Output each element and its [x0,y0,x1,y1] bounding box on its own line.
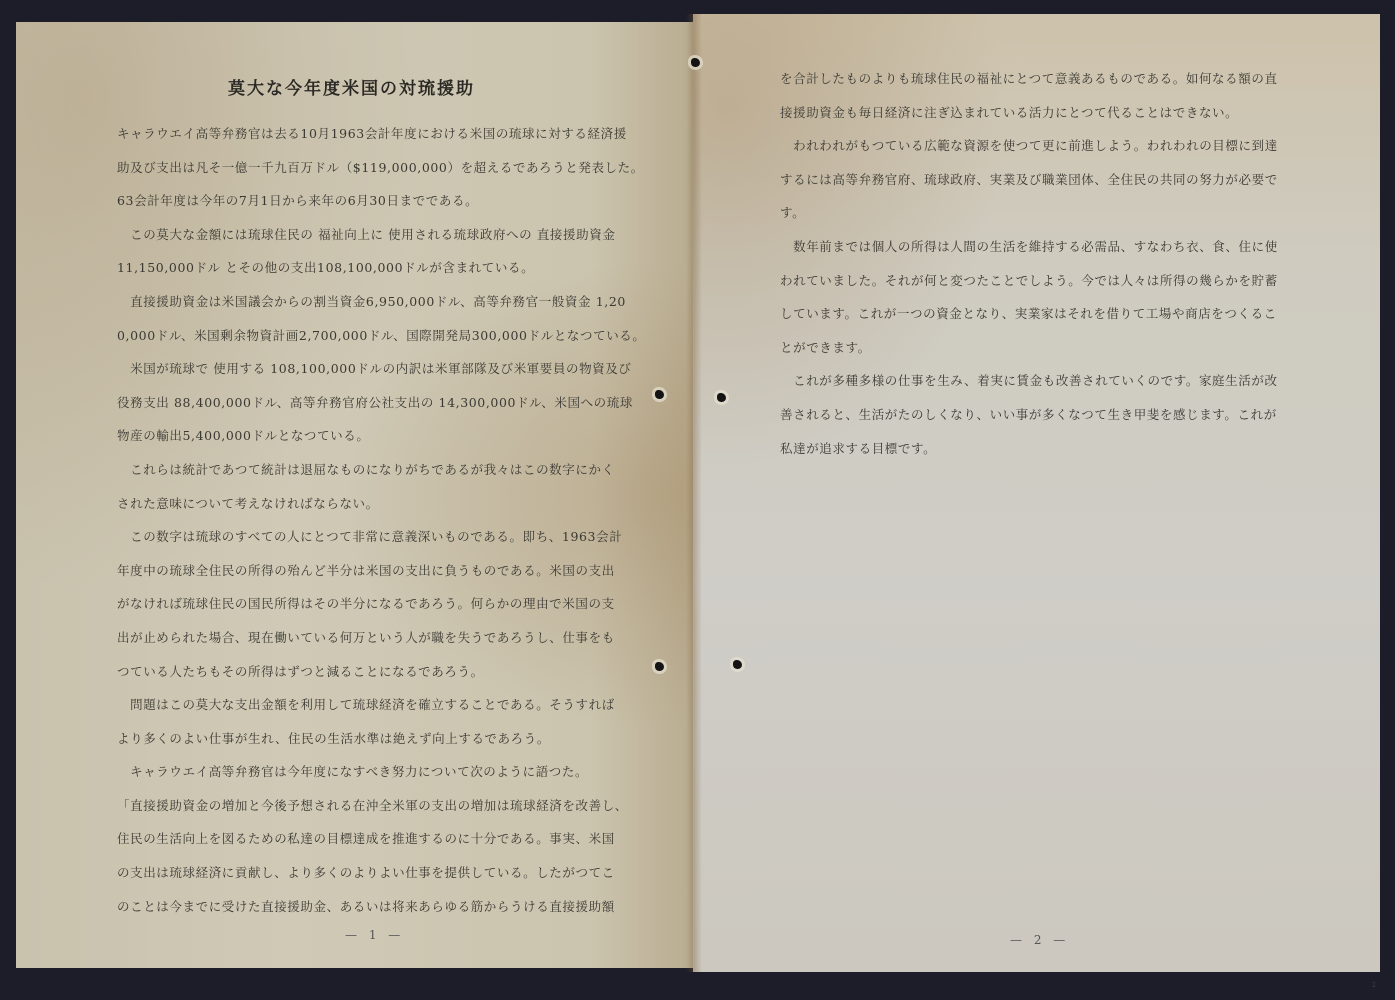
text-line: 年度中の琉球全住民の所得の殆んど半分は米国の支出に負うものである。米国の支出 [117,554,645,588]
punch-hole [691,58,700,67]
text-line: 助及び支出は凡そ一億一千九百万ドル（$119,000,000）を超えるであろうと… [117,151,645,185]
text-line: 善されると、生活がたのしくなり、いい事が多くなつて生き甲斐を感じます。これが [780,398,1308,432]
text-line: 私達が追求する目標です。 [780,432,1308,466]
corner-mark: 2 [1372,982,1376,989]
text-line: のことは今までに受けた直接援助金、あるいは将来あらゆる筋からうける直接援助額 [117,890,645,924]
text-line: この数字は琉球のすべての人にとつて非常に意義深いものである。即ち、1963会計 [117,520,645,554]
text-line: 11,150,000ドル とその他の支出108,100,000ドルが含まれている… [117,251,645,285]
text-line: 米国が琉球で 使用する 108,100,000ドルの内訳は米軍部隊及び米軍要員の… [117,352,645,386]
text-line: 数年前までは個人の所得は人間の生活を維持する必需品、すなわち衣、食、住に使 [780,230,1308,264]
page-title: 莫大な今年度米国の対琉援助 [228,74,475,99]
text-line: つている人たちもその所得はずつと減ることになるであろう。 [117,655,645,689]
text-line: 「直接援助資金の増加と今後予想される在沖全米軍の支出の増加は琉球経済を改善し、 [117,789,645,823]
punch-hole [717,393,726,402]
text-line: これが多種多様の仕事を生み、着実に賃金も改善されていくのです。家庭生活が改 [780,364,1308,398]
text-line: された意味について考えなければならない。 [117,487,645,521]
text-line: しています。これが一つの資金となり、実業家はそれを借りて工場や商店をつくるこ [780,297,1308,331]
page-number-left: — 1 — [345,928,404,942]
punch-hole [733,660,742,669]
text-line: 問題はこの莫大な支出金額を利用して琉球経済を確立することである。そうすれば [117,688,645,722]
text-line: 出が止められた場合、現在働いている何万という人が職を失うであろうし、仕事をも [117,621,645,655]
punch-hole [655,662,664,671]
text-line: とができます。 [780,331,1308,365]
page-number-right: — 2 — [1010,933,1069,947]
text-line: 役務支出 88,400,000ドル、高等弁務官府公社支出の 14,300,000… [117,386,645,420]
text-line: 63会計年度は今年の7月1日から来年の6月30日までである。 [117,184,645,218]
text-line: す。 [780,196,1308,230]
text-line: 住民の生活向上を図るための私達の目標達成を推進するのに十分である。事実、米国 [117,822,645,856]
text-line: を合計したものよりも琉球住民の福祉にとつて意義あるものである。如何なる額の直 [780,62,1308,96]
page-fold [686,14,702,972]
text-line: これらは統計であつて統計は退屈なものになりがちであるが我々はこの数字にかく [117,453,645,487]
text-line: がなければ琉球住民の国民所得はその半分になるであろう。何らかの理由で米国の支 [117,587,645,621]
text-line: の支出は琉球経済に貢献し、より多くのよりよい仕事を提供している。したがつてこ [117,856,645,890]
text-line: 0,000ドル、米国剰余物資計画2,700,000ドル、国際開発局300,000… [117,319,645,353]
text-line: キャラウエイ高等弁務官は今年度になすべき努力について次のように語つた。 [117,755,645,789]
text-line: 物産の輸出5,400,000ドルとなつている。 [117,419,645,453]
text-line: 直接援助資金は米国議会からの割当資金6,950,000ドル、高等弁務官一般資金 … [117,285,645,319]
text-line: するには高等弁務官府、琉球政府、実業及び職業団体、全住民の共同の努力が必要で [780,163,1308,197]
text-line: より多くのよい仕事が生れ、住民の生活水準は絶えず向上するであろう。 [117,722,645,756]
text-line: キャラウエイ高等弁務官は去る10月1963会計年度における米国の琉球に対する経済… [117,117,645,151]
text-line: この莫大な金額には琉球住民の 福祉向上に 使用される琉球政府への 直接援助資金 [117,218,645,252]
right-page-body: を合計したものよりも琉球住民の福祉にとつて意義あるものである。如何なる額の直 接… [780,62,1308,465]
text-line: 接援助資金も毎日経済に注ぎ込まれている活力にとつて代ることはできない。 [780,96,1308,130]
text-line: われていました。それが何と変つたことでしよう。今では人々は所得の幾らかを貯蓄 [780,264,1308,298]
left-page-body: キャラウエイ高等弁務官は去る10月1963会計年度における米国の琉球に対する経済… [117,117,645,923]
punch-hole [655,390,664,399]
text-line: われわれがもつている広範な資源を使つて更に前進しよう。われわれの目標に到達 [780,129,1308,163]
